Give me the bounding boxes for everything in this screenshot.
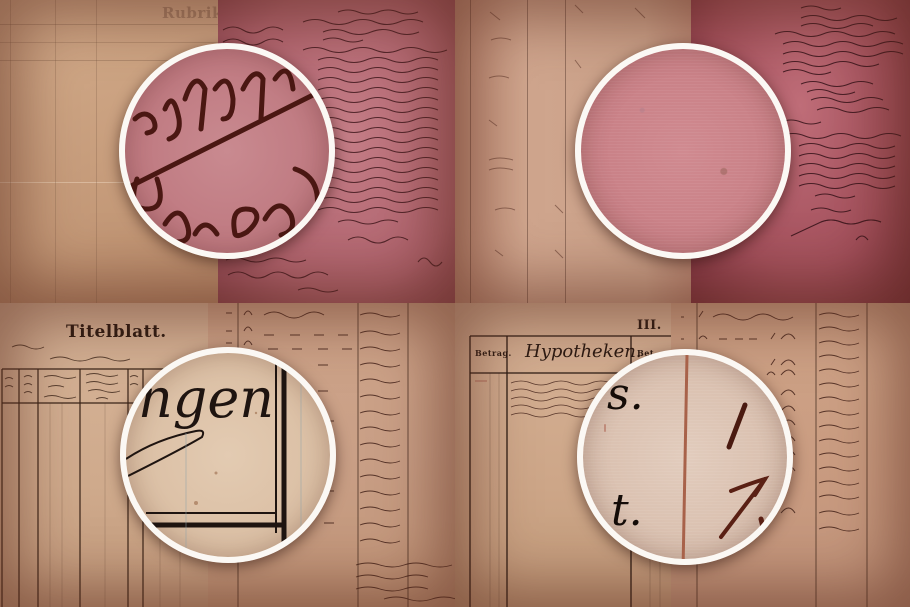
- panel-bottom-right: III. Betrag. Bet Hypotheken.: [455, 303, 910, 607]
- magnifier-loupe-paper-fiber: [575, 43, 791, 259]
- magnified-ink-strokes: [583, 355, 793, 565]
- panel-top-left: Rubrik: [0, 0, 455, 303]
- panel-bottom-left: Titelblatt.: [0, 303, 455, 607]
- magnified-cursive-ink: [125, 49, 335, 259]
- magnifier-loupe-ink-marks: s. t.: [577, 349, 793, 565]
- texture-preview-grid: Rubrik: [0, 0, 910, 607]
- ledger-header-rubrik: Rubrik: [162, 4, 223, 22]
- magnified-border-rules: [126, 353, 336, 563]
- magnifier-loupe-print: ngen: [120, 347, 336, 563]
- magnifier-loupe-cursive: [119, 43, 335, 259]
- panel-top-right: [455, 0, 910, 303]
